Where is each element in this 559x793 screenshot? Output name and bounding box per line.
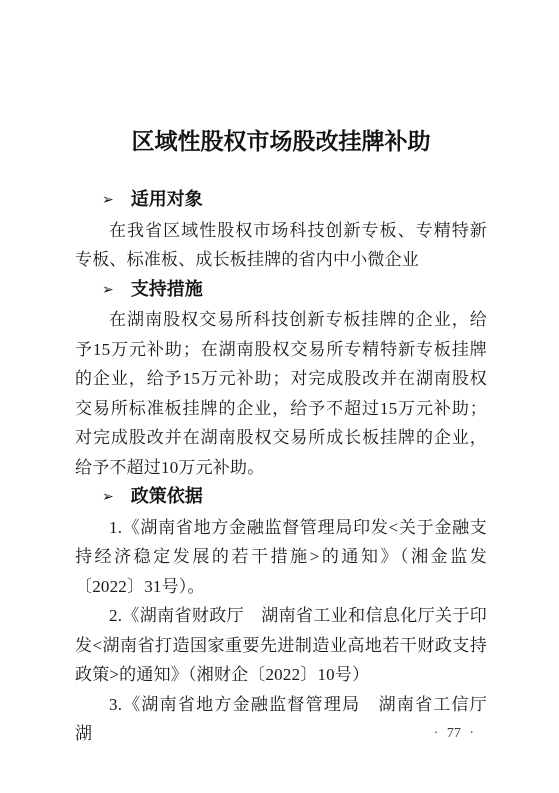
page-content: 区域性股权市场股改挂牌补助 ➢适用对象 在我省区域性股权市场科技创新专板、专精特… xyxy=(75,125,487,749)
section-applicable-targets: ➢适用对象 在我省区域性股权市场科技创新专板、专精特新专板、标准板、成长板挂牌的… xyxy=(75,185,487,275)
section-heading-text: 政策依据 xyxy=(131,486,203,506)
section-heading-text: 支持措施 xyxy=(131,279,203,299)
section-heading-policy-basis: ➢政策依据 xyxy=(75,482,487,513)
arrow-bullet-icon: ➢ xyxy=(102,482,114,512)
arrow-bullet-icon: ➢ xyxy=(102,275,114,305)
paragraph-support-measures: 在湖南股权交易所科技创新专板挂牌的企业，给予15万元补助；在湖南股权交易所专精特… xyxy=(75,305,487,482)
arrow-bullet-icon: ➢ xyxy=(102,185,114,215)
section-support-measures: ➢支持措施 在湖南股权交易所科技创新专板挂牌的企业，给予15万元补助；在湖南股权… xyxy=(75,275,487,483)
paragraph-policy-basis-2: 2.《湖南省财政厅 湖南省工业和信息化厅关于印发<湖南省打造国家重要先进制造业高… xyxy=(75,601,487,690)
paragraph-policy-basis-3: 3.《湖南省地方金融监督管理局 湖南省工信厅 湖 xyxy=(75,690,487,749)
section-heading-support-measures: ➢支持措施 xyxy=(75,275,487,306)
document-page: 区域性股权市场股改挂牌补助 ➢适用对象 在我省区域性股权市场科技创新专板、专精特… xyxy=(0,0,559,793)
paragraph-applicable-targets: 在我省区域性股权市场科技创新专板、专精特新专板、标准板、成长板挂牌的省内中小微企… xyxy=(75,216,487,275)
section-heading-applicable-targets: ➢适用对象 xyxy=(75,185,487,216)
section-heading-text: 适用对象 xyxy=(131,189,203,209)
section-policy-basis: ➢政策依据 1.《湖南省地方金融监督管理局印发<关于金融支持经济稳定发展的若干措… xyxy=(75,482,487,749)
page-number: · 77 · xyxy=(434,724,474,744)
paragraph-policy-basis-1: 1.《湖南省地方金融监督管理局印发<关于金融支持经济稳定发展的若干措施>的通知》… xyxy=(75,513,487,602)
page-title: 区域性股权市场股改挂牌补助 xyxy=(75,125,487,159)
